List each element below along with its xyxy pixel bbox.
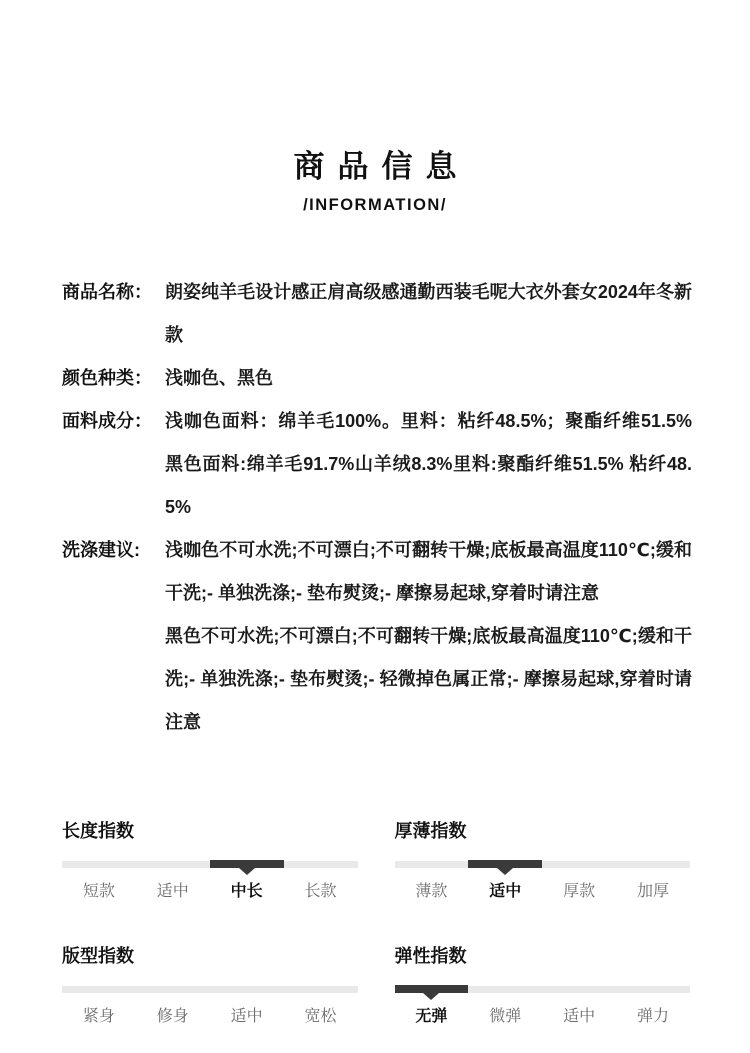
- index-option: 长款: [284, 881, 358, 903]
- index-option: 修身: [136, 1006, 210, 1028]
- index-bar-fill: [210, 860, 284, 868]
- info-row: 面料成分： 浅咖色面料：绵羊毛100%。里料：粘纤48.5%；聚酯纤维51.5%…: [62, 400, 692, 529]
- info-paragraph: 朗姿纯羊毛设计感正肩高级感通勤西装毛呢大衣外套女2024年冬新款: [165, 271, 692, 357]
- index-option: 适中: [136, 881, 210, 903]
- index-option: 宽松: [284, 1006, 358, 1028]
- index-title: 长度指数: [62, 820, 358, 842]
- index-option: 薄款: [395, 881, 469, 903]
- index-option: 紧身: [62, 1006, 136, 1028]
- index-option: 厚款: [542, 881, 616, 903]
- index-title: 弹性指数: [395, 945, 691, 967]
- index-option: 适中: [210, 1006, 284, 1028]
- index-bar-track: [62, 986, 358, 993]
- index-option: 适中: [542, 1006, 616, 1028]
- index-option: 短款: [62, 881, 136, 903]
- info-row: 颜色种类： 浅咖色、黑色: [62, 357, 692, 400]
- page-title: 商品信息: [0, 148, 750, 186]
- index-option: 适中: [468, 881, 542, 903]
- index-title: 厚薄指数: [395, 820, 691, 842]
- index-options: 无弹微弹适中弹力: [395, 1006, 691, 1028]
- index-option: 弹力: [616, 1006, 690, 1028]
- index-bar-fill: [468, 860, 542, 868]
- index-block: 厚薄指数 薄款适中厚款加厚: [395, 820, 691, 903]
- info-paragraph: 黑色不可水洗;不可漂白;不可翻转干燥;底板最高温度110℃;缓和干洗;- 单独洗…: [165, 615, 692, 744]
- info-value: 浅咖色不可水洗;不可漂白;不可翻转干燥;底板最高温度110℃;缓和干洗;- 单独…: [165, 529, 692, 744]
- index-options: 紧身修身适中宽松: [62, 1006, 358, 1028]
- index-option: 微弹: [468, 1006, 542, 1028]
- index-option: 加厚: [616, 881, 690, 903]
- info-value: 朗姿纯羊毛设计感正肩高级感通勤西装毛呢大衣外套女2024年冬新款: [165, 271, 692, 357]
- index-block: 版型指数 紧身修身适中宽松: [62, 945, 358, 1028]
- index-bar-track: [62, 861, 358, 868]
- info-value: 浅咖色面料：绵羊毛100%。里料：粘纤48.5%；聚酯纤维51.5% 黑色面料:…: [165, 400, 692, 529]
- info-label: 商品名称：: [62, 271, 165, 314]
- index-options: 短款适中中长长款: [62, 881, 358, 903]
- index-bar-track: [395, 986, 691, 993]
- info-paragraph: 浅咖色不可水洗;不可漂白;不可翻转干燥;底板最高温度110℃;缓和干洗;- 单独…: [165, 529, 692, 615]
- info-label: 面料成分：: [62, 400, 165, 443]
- index-block: 长度指数 短款适中中长长款: [62, 820, 358, 903]
- info-paragraph: 浅咖色面料：绵羊毛100%。里料：粘纤48.5%；聚酯纤维51.5% 黑色面料:…: [165, 400, 692, 529]
- page-subtitle: /INFORMATION/: [0, 194, 750, 216]
- index-option: 中长: [210, 881, 284, 903]
- index-block: 弹性指数 无弹微弹适中弹力: [395, 945, 691, 1028]
- info-label: 颜色种类：: [62, 357, 165, 400]
- indices-grid: 长度指数 短款适中中长长款 厚薄指数 薄款适中厚款加厚 版型指数 紧身修身适中宽…: [62, 820, 690, 1028]
- index-title: 版型指数: [62, 945, 358, 967]
- index-bar-track: [395, 861, 691, 868]
- index-options: 薄款适中厚款加厚: [395, 881, 691, 903]
- section-header: 商品信息 /INFORMATION/: [0, 0, 750, 216]
- index-bar-fill: [395, 985, 469, 993]
- info-paragraph: 浅咖色、黑色: [165, 357, 692, 400]
- info-row: 洗涤建议: 浅咖色不可水洗;不可漂白;不可翻转干燥;底板最高温度110℃;缓和干…: [62, 529, 692, 744]
- product-info-page: 商品信息 /INFORMATION/ 商品名称： 朗姿纯羊毛设计感正肩高级感通勤…: [0, 0, 750, 1053]
- info-label: 洗涤建议:: [62, 529, 165, 572]
- info-row: 商品名称： 朗姿纯羊毛设计感正肩高级感通勤西装毛呢大衣外套女2024年冬新款: [62, 271, 692, 357]
- info-list: 商品名称： 朗姿纯羊毛设计感正肩高级感通勤西装毛呢大衣外套女2024年冬新款 颜…: [62, 271, 692, 744]
- info-value: 浅咖色、黑色: [165, 357, 692, 400]
- index-option: 无弹: [395, 1006, 469, 1028]
